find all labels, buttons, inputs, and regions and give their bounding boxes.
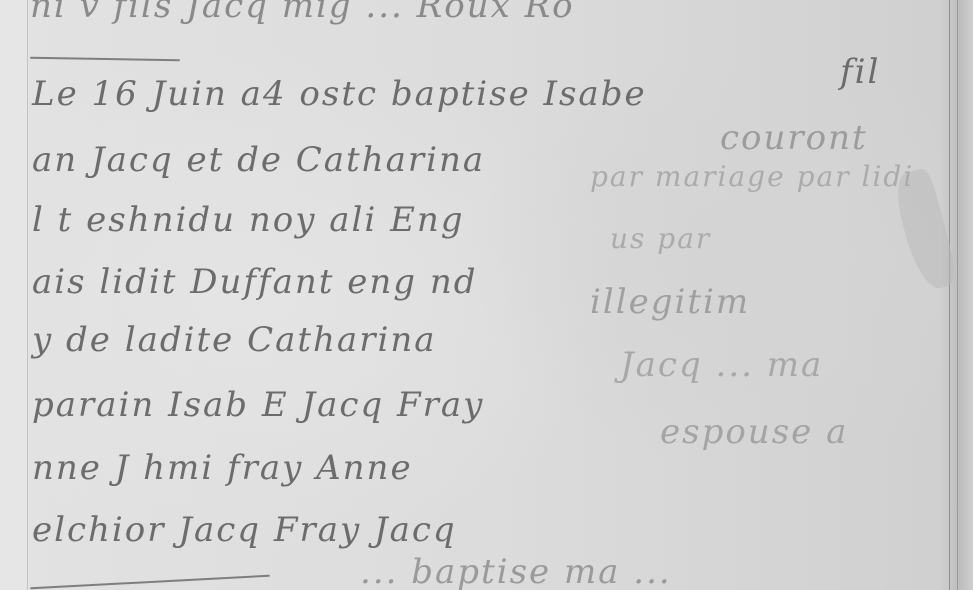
page-gutter	[0, 0, 28, 590]
handwritten-line: elchior Jacq Fray Jacq	[32, 510, 457, 550]
handwritten-line: ni v fils Jacq mig ... Roux Ro	[30, 0, 575, 26]
handwritten-line: par mariage par lidi	[590, 160, 914, 193]
handwritten-line: illegitim	[590, 282, 750, 322]
handwritten-line: nne J hmi fray Anne	[32, 448, 413, 488]
entry-separator-rule	[30, 57, 180, 62]
handwritten-line: parain Isab E Jacq Fray	[32, 385, 484, 425]
handwritten-line: an Jacq et de Catharina	[32, 140, 485, 180]
handwritten-line: Le 16 Juin a4 ostc baptise Isabe	[32, 74, 647, 114]
handwritten-line: ... baptise ma ...	[360, 552, 672, 590]
handwritten-line: us par	[610, 222, 711, 255]
handwritten-line: couront	[720, 118, 868, 158]
handwritten-line: fil	[840, 52, 880, 92]
handwritten-line: y de ladite Catharina	[32, 320, 437, 360]
handwritten-line: espouse a	[660, 412, 848, 452]
manuscript-page: ni v fils Jacq mig ... Roux Ro Le 16 Jui…	[0, 0, 973, 590]
handwritten-line: l t eshnidu noy ali Eng	[32, 200, 465, 240]
handwritten-line: Jacq ... ma	[620, 345, 823, 385]
entry-separator-rule	[30, 575, 270, 590]
handwritten-line: ais lidit Duffant eng nd	[32, 262, 477, 302]
page-edge	[939, 0, 973, 590]
